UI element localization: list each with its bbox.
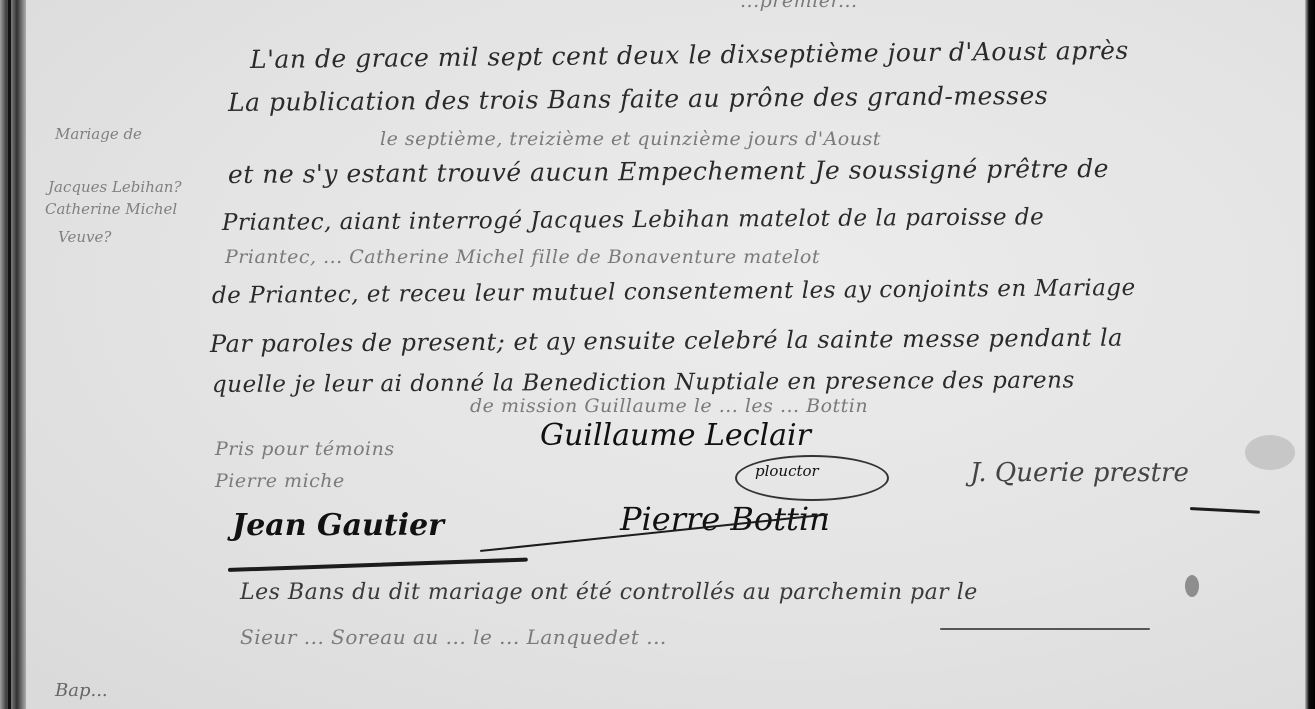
body-line-9: quelle je leur ai donné la Benediction N… [212, 367, 1075, 398]
signature-plouctor: plouctor [755, 462, 819, 480]
footer-line-2: Sieur ... Soreau au ... le ... Lanquedet… [240, 625, 667, 649]
body-line-2: La publication des trois Bans faite au p… [228, 81, 1048, 117]
bottom-margin-fragment: Bap... [55, 680, 108, 701]
signature-guillaume-leclair: Guillaume Leclair [540, 418, 811, 453]
body-line-8: Par paroles de present; et ay ensuite ce… [210, 324, 1123, 358]
header-fragment: ...premier... [740, 0, 858, 12]
signature-priest: J. Querie prestre [970, 458, 1189, 488]
body-line-4: et ne s'y estant trouvé aucun Empechemen… [228, 154, 1109, 189]
body-line-5: Priantec, aiant interrogé Jacques Lebiha… [222, 204, 1044, 236]
body-line-10: Pris pour témoins [215, 438, 395, 460]
body-line-7: de Priantec, et receu leur mutuel consen… [212, 275, 1136, 309]
footer-line-1: Les Bans du dit mariage ont été controll… [240, 580, 978, 605]
line-filler-stroke [940, 628, 1150, 630]
book-binding [0, 0, 26, 709]
margin-note-line-2: Jacques Lebihan? [48, 178, 182, 196]
page-edge-shadow [1305, 0, 1315, 709]
ink-stain [1245, 435, 1295, 470]
interlinear-line-1: de mission Guillaume le ... les ... Bott… [470, 395, 868, 417]
signature-jean-gautier: Jean Gautier [232, 508, 444, 543]
body-line-6: Priantec, ... Catherine Michel fille de … [225, 246, 820, 268]
interlinear-line-2: Pierre miche [215, 470, 345, 492]
signature-flourish [228, 558, 528, 572]
signature-flourish [1190, 507, 1260, 514]
binding-edge [8, 0, 11, 709]
body-line-3: le septième, treizième et quinzième jour… [380, 128, 881, 150]
margin-note-line-4: Veuve? [58, 228, 111, 246]
ink-blot [1185, 575, 1199, 597]
margin-note-line-1: Mariage de [55, 125, 142, 143]
manuscript-page: ...premier... Mariage de Jacques Lebihan… [0, 0, 1315, 709]
margin-note-line-3: Catherine Michel [45, 200, 177, 218]
body-line-1: L'an de grace mil sept cent deux le dixs… [250, 36, 1129, 74]
